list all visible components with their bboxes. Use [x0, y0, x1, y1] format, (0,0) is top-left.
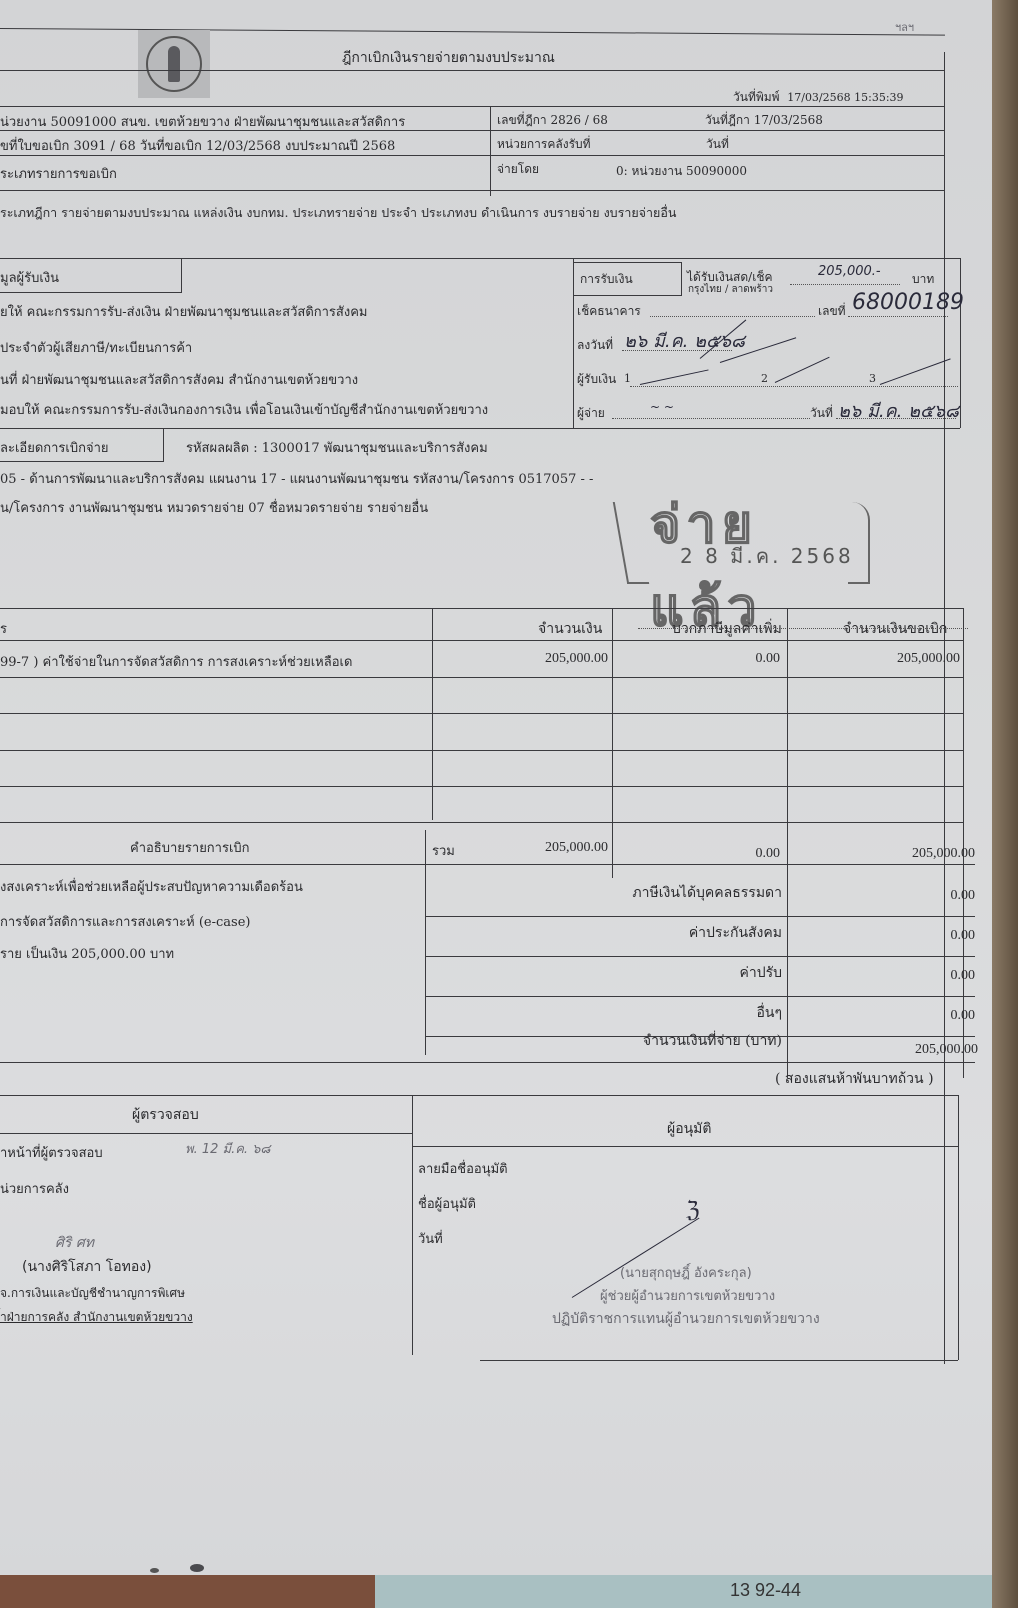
payer-signature: ~ ~ [650, 400, 674, 414]
paid-by-value: 0: หน่วยงาน 50090000 [616, 162, 747, 181]
voucher-type-row: ระเภทฎีกา รายจ่ายตามงบประมาณ แหล่งเงิน ง… [0, 203, 676, 223]
details-line: 05 - ด้านการพัฒนาและบริการสังคม แผนงาน 1… [0, 468, 593, 489]
paid-stamp: จ่ายแล้ว 2 8 มี.ค. 2568 [620, 482, 870, 592]
details-section-label: ละเอียดการเบิกจ่าย [0, 437, 109, 458]
inspector-name: (นางศิริโสภา โอทอง) [22, 1256, 152, 1278]
inspector-heading: ผู้ตรวจสอบ [132, 1104, 199, 1126]
approver-date-label: วันที่ [418, 1228, 443, 1249]
item-vat: 0.00 [650, 651, 780, 667]
item-amount: 205,000.00 [500, 651, 608, 667]
explanation-heading: คำอธิบายรายการเบิก [130, 837, 250, 858]
column-header-desc: ร [0, 618, 7, 639]
paid-by-label: จ่ายโดย [497, 160, 539, 179]
voucher-date: วันที่ฎีกา 17/03/2568 [705, 111, 823, 130]
inspector-signature: ศิริ ศท [55, 1232, 94, 1254]
deduction-label: ค่าปรับ [560, 962, 782, 984]
approver-position: ปฏิบัติราชการแทนผู้อำนวยการเขตห้วยขวาง [552, 1308, 820, 1330]
receiver-signature-3 [880, 358, 951, 385]
voucher-no: เลขที่ฎีกา 2826 / 68 [497, 111, 608, 130]
total-label: รวม [432, 840, 455, 861]
column-header-total: จำนวนเงินขอเบิก [843, 618, 947, 640]
receivers-label: ผู้รับเงิน [577, 370, 616, 389]
approver-heading: ผู้อนุมัติ [667, 1118, 712, 1140]
payer-date-handwritten: ๒๖ มี.ค. ๒๕๖๘ [838, 396, 959, 425]
receipt-label: การรับเงิน [580, 270, 633, 289]
corner-mark: ฯลฯ [895, 18, 914, 36]
request-row: ขที่ใบขอเบิก 3091 / 68 วันที่ขอเบิก 12/0… [0, 135, 395, 156]
deduction-value: 0.00 [830, 968, 975, 984]
background-edge [992, 0, 1018, 1608]
frame-right [944, 52, 945, 1364]
total-total: 205,000.00 [830, 846, 975, 862]
background-paper [375, 1575, 992, 1608]
inspector-note-handwritten: พ. 12 มี.ค. ๖๘ [185, 1138, 270, 1159]
inspector-officer-label: าหน้าที่ผู้ตรวจสอบ [0, 1142, 103, 1163]
deduction-value: 0.00 [830, 888, 975, 904]
receiver-signature-1 [640, 369, 709, 385]
document-title: ฎีกาเบิกเงินรายจ่ายตามงบประมาณ [342, 47, 555, 69]
explanation-line: การจัดสวัสดิการและการสงเคราะห์ (e-case) [0, 911, 250, 932]
approver-position: ผู้ช่วยผู้อำนวยการเขตห้วยขวาง [600, 1285, 775, 1306]
deduction-label: อื่นๆ [560, 1002, 782, 1024]
product-code: รหัสผลผลิต : 1300017 พัฒนาชุมชนและบริการ… [186, 437, 488, 458]
payer-label: ผู้จ่าย [577, 404, 605, 423]
dated-handwritten: ๒๖ มี.ค. ๒๕๖๘ [624, 326, 745, 355]
payee-line: ประจำตัวผู้เสียภาษี/ทะเบียนการค้า [0, 337, 192, 358]
payee-line: มอบให้ คณะกรรมการรับ-ส่งเงินกองการเงิน เ… [0, 399, 488, 420]
paid-stamp-date: 2 8 มี.ค. 2568 [680, 540, 854, 572]
receiver-signature-2 [775, 357, 830, 383]
approver-name-label: ชื่อผู้อนุมัติ [418, 1193, 476, 1214]
inspector-treasury-label: น่วยการคลัง [0, 1178, 69, 1199]
payee-line: นที่ ฝ่ายพัฒนาชุมชนและสวัสดิการสังคม สำน… [0, 369, 358, 390]
baht-label: บาท [912, 270, 934, 289]
treasury-received: หน่วยการคลังรับที่ [497, 135, 591, 154]
cheque-label: เช็คธนาคาร [577, 302, 641, 321]
approver-signature-mark: ℨ [686, 1198, 700, 1223]
document-page: ฯลฯ ฎีกาเบิกเงินรายจ่ายตามงบประมาณ วันที… [0, 0, 992, 1575]
deduction-value: 0.00 [830, 1008, 975, 1024]
column-header-vat: บวกภาษีมูลค่าเพิ่ม [672, 618, 782, 640]
total-amount: 205,000.00 [500, 840, 608, 856]
treasury-date: วันที่ [706, 135, 729, 154]
deduction-label: ภาษีเงินได้บุคคลธรรมดา [560, 882, 782, 904]
total-vat: 0.00 [650, 846, 780, 862]
amount-in-words: ( สองแสนห้าพันบาทถ้วน ) [775, 1068, 934, 1090]
dirt-speck [190, 1564, 204, 1572]
approver-signature-label: ลายมือชื่ออนุมัติ [418, 1158, 508, 1179]
net-paid-label: จำนวนเงินที่จ่าย (บาท) [560, 1030, 782, 1052]
payee-line: ยให้ คณะกรรมการรับ-ส่งเงิน ฝ่ายพัฒนาชุมช… [0, 301, 367, 322]
cash-amount-handwritten: 205,000.- [818, 264, 881, 279]
dated-label: ลงวันที่ [577, 336, 613, 355]
cheque-no-label: เลขที่ [818, 302, 846, 321]
dirt-speck [150, 1568, 159, 1573]
agency-row: น่วยงาน 50091000 สนข. เขตห้วยขวาง ฝ่ายพั… [0, 111, 405, 132]
net-paid-value: 205,000.00 [830, 1042, 978, 1058]
request-type-row: ระเภทรายการขอเบิก [0, 163, 117, 184]
deduction-value: 0.00 [830, 928, 975, 944]
inspector-position: จ.การเงินและบัญชีชำนาญการพิเศษ [0, 1284, 185, 1303]
background-floor [0, 1575, 375, 1608]
cheque-no-handwritten: 68000189 [852, 290, 964, 315]
column-header-amount: จำนวนเงิน [538, 618, 602, 640]
print-date: วันที่พิมพ์ 17/03/2568 15:35:39 [733, 88, 904, 107]
deduction-label: ค่าประกันสังคม [560, 922, 782, 944]
bank-handwritten: กรุงไทย / ลาดพร้าว [688, 282, 773, 297]
bangkok-seal-icon [138, 30, 210, 98]
item-total: 205,000.00 [830, 651, 960, 667]
details-line: น/โครงการ งานพัฒนาชุมชน หมวดรายจ่าย 07 ช… [0, 497, 428, 518]
background-text: 13 92-44 [730, 1580, 801, 1601]
explanation-line: ราย เป็นเงิน 205,000.00 บาท [0, 943, 174, 964]
inspector-position: ้าฝ่ายการคลัง สำนักงานเขตห้วยขวาง [0, 1308, 193, 1327]
payer-date-label: วันที่ [810, 404, 833, 423]
payee-section-label: มูลผู้รับเงิน [0, 267, 59, 288]
approver-name: (นายสุกฤษฎิ์ อังคระกุล) [620, 1262, 752, 1283]
explanation-line: งสงเคราะห์เพื่อช่วยเหลือผู้ประสบปัญหาควา… [0, 876, 303, 897]
item-desc: 99-7 ) ค่าใช้จ่ายในการจัดสวัสดิการ การสง… [0, 651, 352, 672]
